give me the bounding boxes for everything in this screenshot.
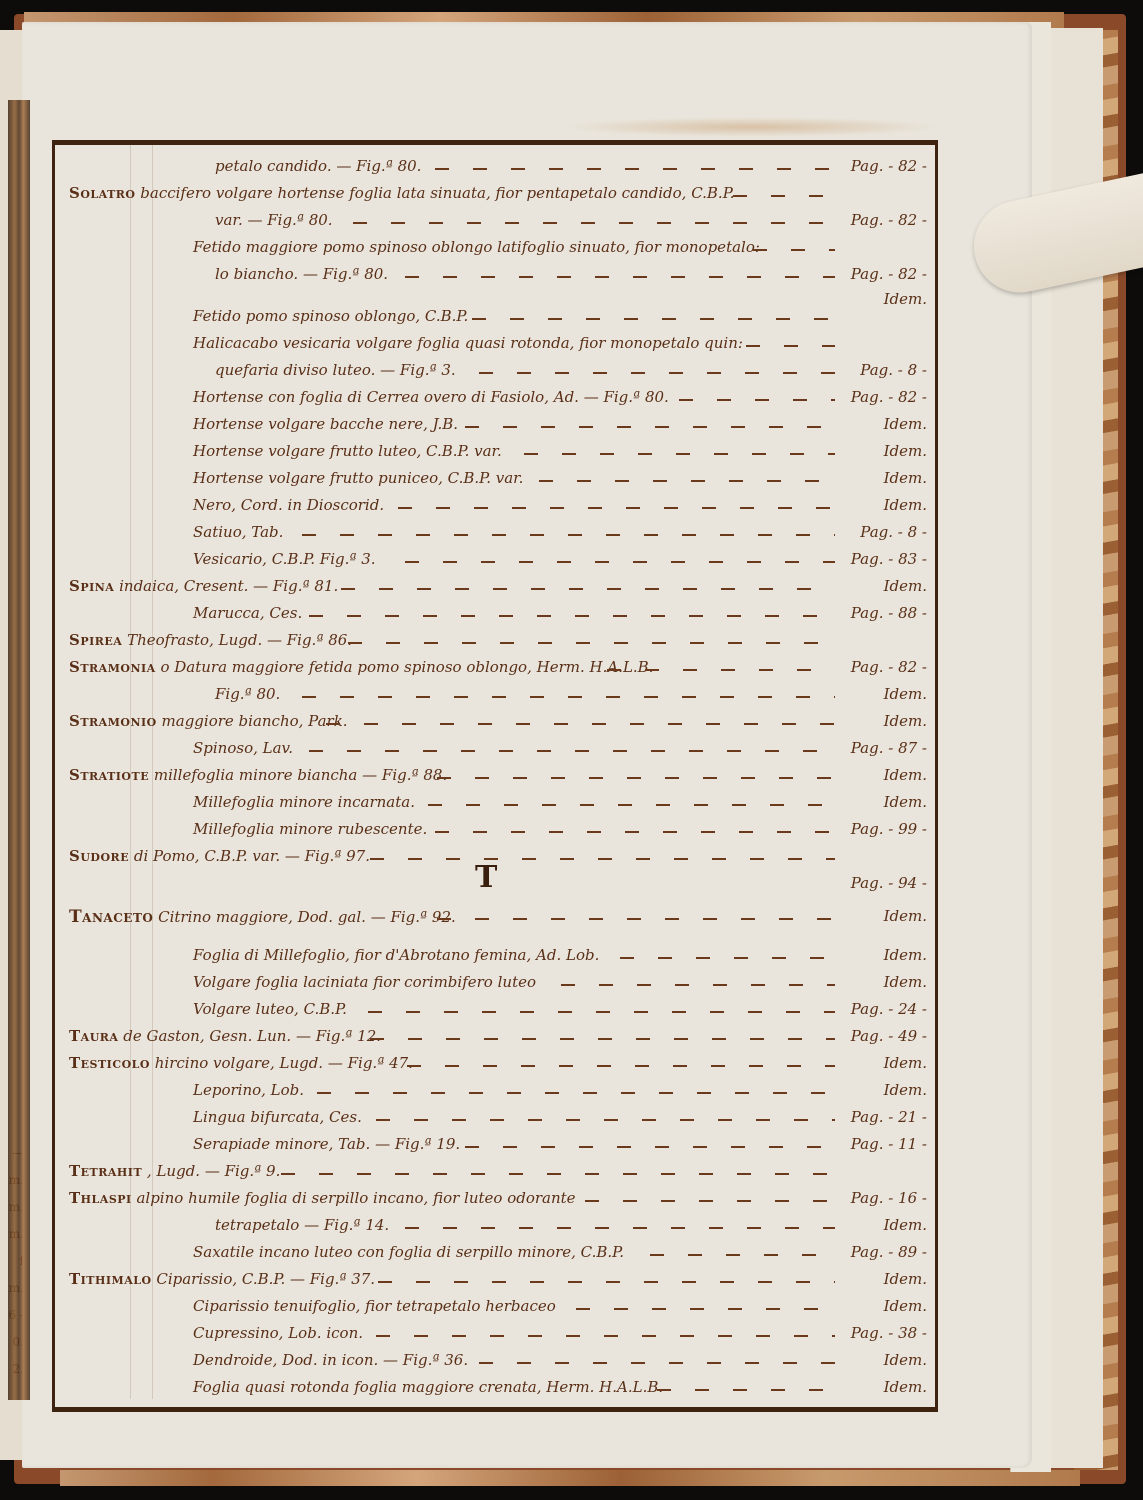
page-reference: Pag. - 87 - (851, 739, 927, 757)
index-entry: Vesicario, C.B.P. Fig.ª 3.Pag. - 83 - (55, 550, 935, 574)
ink-border-frame: petalo candido. — Fig.ª 80.Pag. - 82 -So… (52, 140, 938, 1412)
entry-headword: Tanaceto (69, 907, 153, 927)
leader-dashes (378, 1281, 835, 1283)
entry-headword: Solatro (69, 184, 136, 202)
entry-text: Fetido pomo spinoso oblongo, C.B.P. (193, 307, 468, 325)
index-entry: Nero, Cord. in Dioscorid.Idem. (55, 496, 935, 520)
entry-description: o Datura maggiore fetida pomo spinoso ob… (160, 658, 653, 676)
entry-text: Stramonio maggiore biancho, Park. (69, 712, 348, 730)
page-reference: Idem. (884, 442, 927, 460)
page-reference: Idem. (884, 1270, 927, 1288)
index-entry: Solatro baccifero volgare hortense fogli… (55, 184, 935, 208)
index-entry: Millefoglia minore rubescente.Pag. - 99 … (55, 820, 935, 844)
entry-text: Thlaspi alpino humile foglia di serpillo… (69, 1189, 576, 1207)
index-entry: Satiuo, Tab.Pag. - 8 - (55, 523, 935, 547)
index-entry: Tithimalo Ciparissio, C.B.P. — Fig.ª 37.… (55, 1270, 935, 1294)
entry-description: Ciparissio, C.B.P. — Fig.ª 37. (156, 1270, 375, 1288)
index-entry: Tetrahit , Lugd. — Fig.ª 9. (55, 1162, 935, 1186)
manuscript-page: petalo candido. — Fig.ª 80.Pag. - 82 -So… (22, 22, 1032, 1468)
page-reference: Pag. - 49 - (851, 1027, 927, 1045)
leader-dashes (585, 1200, 835, 1202)
entry-text: Sudore di Pomo, C.B.P. var. — Fig.ª 97. (69, 847, 370, 865)
entry-text: Hortense volgare frutto luteo, C.B.P. va… (193, 442, 502, 460)
page-reference: Pag. - 82 - (851, 211, 927, 229)
entry-text: Lingua bifurcata, Ces. (193, 1108, 362, 1126)
index-entry: Hortense volgare bacche nere, J.B.Idem. (55, 415, 935, 439)
leader-dashes (657, 1389, 835, 1391)
entry-text: Volgare foglia laciniata fior corimbifer… (193, 973, 536, 991)
page-reference: Pag. - 21 - (851, 1108, 927, 1126)
leader-dashes (348, 642, 835, 644)
entry-description: maggiore biancho, Park. (162, 712, 348, 730)
leader-dashes (465, 1146, 835, 1148)
index-entry: Foglia quasi rotonda foglia maggiore cre… (55, 1378, 935, 1402)
entry-description: Nero, Cord. in Dioscorid. (193, 496, 384, 514)
entry-text: var. — Fig.ª 80. (215, 211, 333, 229)
index-entry: Hortense volgare frutto luteo, C.B.P. va… (55, 442, 935, 466)
entry-text: Saxatile incano luteo con foglia di serp… (193, 1243, 624, 1261)
page-reference: Pag. - 82 - (851, 388, 927, 406)
entry-description: di Pomo, C.B.P. var. — Fig.ª 97. (134, 847, 370, 865)
leader-dashes (539, 480, 835, 482)
entry-text: Fig.ª 80. (215, 685, 280, 703)
index-entry: Hortense volgare frutto puniceo, C.B.P. … (55, 469, 935, 493)
entry-description: baccifero volgare hortense foglia lata s… (140, 184, 734, 202)
leader-dashes (405, 276, 835, 278)
leader-dashes (341, 588, 835, 590)
entry-description: Millefoglia minore incarnata. (193, 793, 415, 811)
index-entry: Stramonio maggiore biancho, Park.Idem. (55, 712, 935, 736)
page-reference: Idem. (884, 577, 927, 595)
leader-dashes (437, 918, 835, 920)
index-entry: Spinoso, Lav.Pag. - 87 - (55, 739, 935, 763)
leader-dashes (317, 1092, 835, 1094)
index-entry: Fetido maggiore pomo spinoso oblongo lat… (55, 238, 935, 262)
leader-dashes (326, 723, 835, 725)
page-reference: Pag. - 99 - (851, 820, 927, 838)
index-entry: Saxatile incano luteo con foglia di serp… (55, 1243, 935, 1267)
page-reference: Pag. - 89 - (851, 1243, 927, 1261)
entry-text: Tanaceto Citrino maggiore, Dod. gal. — F… (69, 907, 456, 927)
index-entry: Testicolo hircino volgare, Lugd. — Fig.ª… (55, 1054, 935, 1078)
entry-description: Volgare foglia laciniata fior corimbifer… (193, 973, 536, 991)
leader-dashes (479, 372, 835, 374)
entry-description: Foglia di Millefoglio, fior d'Abrotano f… (193, 946, 599, 964)
leader-dashes (746, 345, 835, 347)
leader-dashes (428, 804, 835, 806)
leader-dashes (650, 1254, 835, 1256)
page-reference: Idem. (884, 1378, 927, 1396)
index-entry: Thlaspi alpino humile foglia di serpillo… (55, 1189, 935, 1213)
page-reference: Pag. - 83 - (851, 550, 927, 568)
entry-text: Spirea Theofrasto, Lugd. — Fig.ª 86. (69, 631, 352, 649)
leader-dashes (435, 168, 835, 170)
entry-headword: Stramonio (69, 712, 157, 730)
entry-description: Cupressino, Lob. icon. (193, 1324, 363, 1342)
leader-dashes (561, 984, 835, 986)
index-entry: Millefoglia minore incarnata.Idem. (55, 793, 935, 817)
index-entry: Halicacabo vesicaria volgare foglia quas… (55, 334, 935, 358)
index-entry: Fig.ª 80.Idem. (55, 685, 935, 709)
entry-text: Ciparissio tenuifoglio, fior tetrapetalo… (193, 1297, 556, 1315)
entry-text: quefaria diviso luteo. — Fig.ª 3. (215, 361, 456, 379)
entry-description: lo biancho. — Fig.ª 80. (215, 265, 388, 283)
index-entry: Marucca, Ces.Pag. - 88 - (55, 604, 935, 628)
entry-headword: Tithimalo (69, 1270, 152, 1288)
index-entry: Stramonia o Datura maggiore fetida pomo … (55, 658, 935, 682)
entry-description: Millefoglia minore rubescente. (193, 820, 427, 838)
entry-text: Spina indaica, Cresent. — Fig.ª 81. (69, 577, 338, 595)
entry-text: Hortense volgare bacche nere, J.B. (193, 415, 458, 433)
leader-dashes (437, 777, 835, 779)
leader-dashes (576, 1308, 835, 1310)
leader-dashes (479, 1362, 835, 1364)
index-entry: quefaria diviso luteo. — Fig.ª 3.Pag. - … (55, 361, 935, 385)
entry-description: hircino volgare, Lugd. — Fig.ª 47. (155, 1054, 413, 1072)
entry-description: Spinoso, Lav. (193, 739, 293, 757)
index-entry: Spirea Theofrasto, Lugd. — Fig.ª 86. (55, 631, 935, 655)
entry-description: Citrino maggiore, Dod. gal. — Fig.ª 92. (158, 908, 456, 926)
entry-text: Testicolo hircino volgare, Lugd. — Fig.ª… (69, 1054, 413, 1072)
entry-text: Nero, Cord. in Dioscorid. (193, 496, 384, 514)
entry-text: Fetido maggiore pomo spinoso oblongo lat… (193, 238, 760, 256)
page-reference: Pag. - 8 - (860, 361, 927, 379)
leader-dashes (465, 426, 835, 428)
index-entry: petalo candido. — Fig.ª 80.Pag. - 82 - (55, 157, 935, 181)
entry-text: Tithimalo Ciparissio, C.B.P. — Fig.ª 37. (69, 1270, 375, 1288)
page-reference: Pag. - 38 - (851, 1324, 927, 1342)
page-reference: Idem. (884, 712, 927, 730)
entry-description: de Gaston, Gesn. Lun. — Fig.ª 12. (123, 1027, 381, 1045)
page-reference: Idem. (884, 1216, 927, 1234)
index-entry: Tanaceto Citrino maggiore, Dod. gal. — F… (55, 907, 935, 931)
entry-description: , Lugd. — Fig.ª 9. (147, 1162, 280, 1180)
index-entry: Leporino, Lob.Idem. (55, 1081, 935, 1105)
entry-text: petalo candido. — Fig.ª 80. (215, 157, 421, 175)
index-entry: Ciparissio tenuifoglio, fior tetrapetalo… (55, 1297, 935, 1321)
leader-dashes (309, 615, 835, 617)
entry-headword: Spirea (69, 631, 122, 649)
entry-text: Cupressino, Lob. icon. (193, 1324, 363, 1342)
page-reference: Pag. - 16 - (851, 1189, 927, 1207)
marbled-edge-bottom (60, 1470, 1080, 1486)
page-reference: Idem. (884, 766, 927, 784)
entry-description: Leporino, Lob. (193, 1081, 304, 1099)
page-reference: Idem. (884, 290, 927, 308)
index-entry: tetrapetalo — Fig.ª 14.Idem. (55, 1216, 935, 1240)
entry-text: Foglia di Millefoglio, fior d'Abrotano f… (193, 946, 599, 964)
leader-dashes (435, 831, 835, 833)
entry-description: Hortense volgare bacche nere, J.B. (193, 415, 458, 433)
page-reference: Idem. (884, 1297, 927, 1315)
entry-text: Millefoglia minore rubescente. (193, 820, 427, 838)
entry-headword: Taura (69, 1027, 118, 1045)
entry-description: millefoglia minore biancha — Fig.ª 88. (154, 766, 447, 784)
entry-description: petalo candido. — Fig.ª 80. (215, 157, 421, 175)
entry-description: Fetido maggiore pomo spinoso oblongo lat… (193, 238, 760, 256)
leader-dashes (733, 195, 835, 197)
index-entry: var. — Fig.ª 80.Pag. - 82 - (55, 211, 935, 235)
entry-text: Stramonia o Datura maggiore fetida pomo … (69, 658, 653, 676)
entry-description: Marucca, Ces. (193, 604, 302, 622)
entry-description: alpino humile foglia di serpillo incano,… (136, 1189, 575, 1207)
entry-text: Halicacabo vesicaria volgare foglia quas… (193, 334, 743, 352)
page-reference: Pag. - 82 - (851, 265, 927, 283)
leader-dashes (368, 1011, 835, 1013)
entry-text: Hortense con foglia di Cerrea overo di F… (193, 388, 669, 406)
entry-description: tetrapetalo — Fig.ª 14. (215, 1216, 389, 1234)
entry-text: Serapiade minore, Tab. — Fig.ª 19. (193, 1135, 460, 1153)
entry-description: Serapiade minore, Tab. — Fig.ª 19. (193, 1135, 460, 1153)
index-entry: Serapiade minore, Tab. — Fig.ª 19.Pag. -… (55, 1135, 935, 1159)
entry-text: Millefoglia minore incarnata. (193, 793, 415, 811)
leader-dashes (405, 561, 835, 563)
page-reference: Pag. - 8 - (860, 523, 927, 541)
entry-description: Foglia quasi rotonda foglia maggiore cre… (193, 1378, 663, 1396)
page-reference: Pag. - 11 - (851, 1135, 927, 1153)
entry-description: Theofrasto, Lugd. — Fig.ª 86. (127, 631, 352, 649)
entry-text: Hortense volgare frutto puniceo, C.B.P. … (193, 469, 523, 487)
entry-text: Vesicario, C.B.P. Fig.ª 3. (193, 550, 376, 568)
index-entry: Cupressino, Lob. icon.Pag. - 38 - (55, 1324, 935, 1348)
page-reference: Pag. - 88 - (851, 604, 927, 622)
entry-description: Vesicario, C.B.P. Fig.ª 3. (193, 550, 376, 568)
entry-headword: Tetrahit (69, 1162, 142, 1180)
leader-dashes (302, 534, 835, 536)
water-stain (562, 117, 942, 137)
entry-description: Hortense volgare frutto luteo, C.B.P. va… (193, 442, 502, 460)
entry-text: Foglia quasi rotonda foglia maggiore cre… (193, 1378, 663, 1396)
index-entry: Stratiote millefoglia minore biancha — F… (55, 766, 935, 790)
leader-dashes (398, 507, 835, 509)
entry-description: indaica, Cresent. — Fig.ª 81. (119, 577, 338, 595)
page-reference: Idem. (884, 793, 927, 811)
page-reference: Idem. (884, 907, 927, 925)
entry-description: Dendroide, Dod. in icon. — Fig.ª 36. (193, 1351, 468, 1369)
index-entry: Foglia di Millefoglio, fior d'Abrotano f… (55, 946, 935, 970)
leader-dashes (281, 1173, 835, 1175)
page-reference: Pag. - 24 - (851, 1000, 927, 1018)
entry-description: Hortense con foglia di Cerrea overo di F… (193, 388, 669, 406)
entry-text: Dendroide, Dod. in icon. — Fig.ª 36. (193, 1351, 468, 1369)
page-reference: Pag. - 82 - (851, 157, 927, 175)
leader-dashes (753, 249, 835, 251)
leader-dashes (407, 1065, 835, 1067)
leader-dashes (370, 858, 835, 860)
index-entry: Dendroide, Dod. in icon. — Fig.ª 36.Idem… (55, 1351, 935, 1375)
leader-dashes (302, 696, 835, 698)
index-entry: Volgare foglia laciniata fior corimbifer… (55, 973, 935, 997)
entry-text: lo biancho. — Fig.ª 80. (215, 265, 388, 283)
entry-text: Marucca, Ces. (193, 604, 302, 622)
leader-dashes (376, 1335, 835, 1337)
section-letter: T (475, 860, 497, 895)
page-reference: Pag. - 94 - (851, 874, 927, 892)
entry-text: Tetrahit , Lugd. — Fig.ª 9. (69, 1162, 280, 1180)
leader-dashes (472, 318, 835, 320)
page-reference: Idem. (884, 415, 927, 433)
entry-description: Saxatile incano luteo con foglia di serp… (193, 1243, 624, 1261)
page-reference: Idem. (884, 946, 927, 964)
entry-description: Hortense volgare frutto puniceo, C.B.P. … (193, 469, 523, 487)
index-entry: Lingua bifurcata, Ces.Pag. - 21 - (55, 1108, 935, 1132)
entry-description: Fetido pomo spinoso oblongo, C.B.P. (193, 307, 468, 325)
index-entry: Taura de Gaston, Gesn. Lun. — Fig.ª 12.P… (55, 1027, 935, 1051)
entry-headword: Thlaspi (69, 1189, 132, 1207)
entry-headword: Spina (69, 577, 114, 595)
index-entry: Volgare luteo, C.B.P.Pag. - 24 - (55, 1000, 935, 1024)
entry-description: Volgare luteo, C.B.P. (193, 1000, 347, 1018)
entry-description: Ciparissio tenuifoglio, fior tetrapetalo… (193, 1297, 556, 1315)
entry-description: quefaria diviso luteo. — Fig.ª 3. (215, 361, 456, 379)
entry-text: Solatro baccifero volgare hortense fogli… (69, 184, 735, 202)
entry-headword: Stramonia (69, 658, 156, 676)
index-entry: Spina indaica, Cresent. — Fig.ª 81.Idem. (55, 577, 935, 601)
page-reference: Idem. (884, 496, 927, 514)
leader-dashes (353, 222, 835, 224)
page-reference: Idem. (884, 685, 927, 703)
leader-dashes (370, 1038, 835, 1040)
page-reference: Idem. (884, 1081, 927, 1099)
entry-description: Fig.ª 80. (215, 685, 280, 703)
entry-headword: Testicolo (69, 1054, 150, 1072)
entry-description: Halicacabo vesicaria volgare foglia quas… (193, 334, 743, 352)
entry-description: Satiuo, Tab. (193, 523, 283, 541)
leader-dashes (679, 399, 835, 401)
index-entry: Hortense con foglia di Cerrea overo di F… (55, 388, 935, 412)
leader-dashes (376, 1119, 835, 1121)
entry-text: tetrapetalo — Fig.ª 14. (215, 1216, 389, 1234)
page-reference: Idem. (884, 469, 927, 487)
index-entry: Fetido pomo spinoso oblongo, C.B.P. (55, 307, 935, 331)
entry-headword: Stratiote (69, 766, 149, 784)
entry-headword: Sudore (69, 847, 129, 865)
entry-text: Satiuo, Tab. (193, 523, 283, 541)
entry-text: Leporino, Lob. (193, 1081, 304, 1099)
entry-text: Stratiote millefoglia minore biancha — F… (69, 766, 447, 784)
index-entry: lo biancho. — Fig.ª 80.Pag. - 82 - (55, 265, 935, 289)
entry-text: Taura de Gaston, Gesn. Lun. — Fig.ª 12. (69, 1027, 381, 1045)
entry-description: Lingua bifurcata, Ces. (193, 1108, 362, 1126)
entry-text: Spinoso, Lav. (193, 739, 293, 757)
page-reference: Idem. (884, 1351, 927, 1369)
leader-dashes (309, 750, 835, 752)
leader-dashes (620, 957, 835, 959)
page-reference: Pag. - 82 - (851, 658, 927, 676)
entry-text: Volgare luteo, C.B.P. (193, 1000, 347, 1018)
page-reference: Idem. (884, 1054, 927, 1072)
page-reference: Idem. (884, 973, 927, 991)
leader-dashes (607, 669, 835, 671)
entry-description: var. — Fig.ª 80. (215, 211, 333, 229)
leader-dashes (405, 1227, 835, 1229)
leader-dashes (524, 453, 835, 455)
book-gutter (8, 100, 30, 1400)
